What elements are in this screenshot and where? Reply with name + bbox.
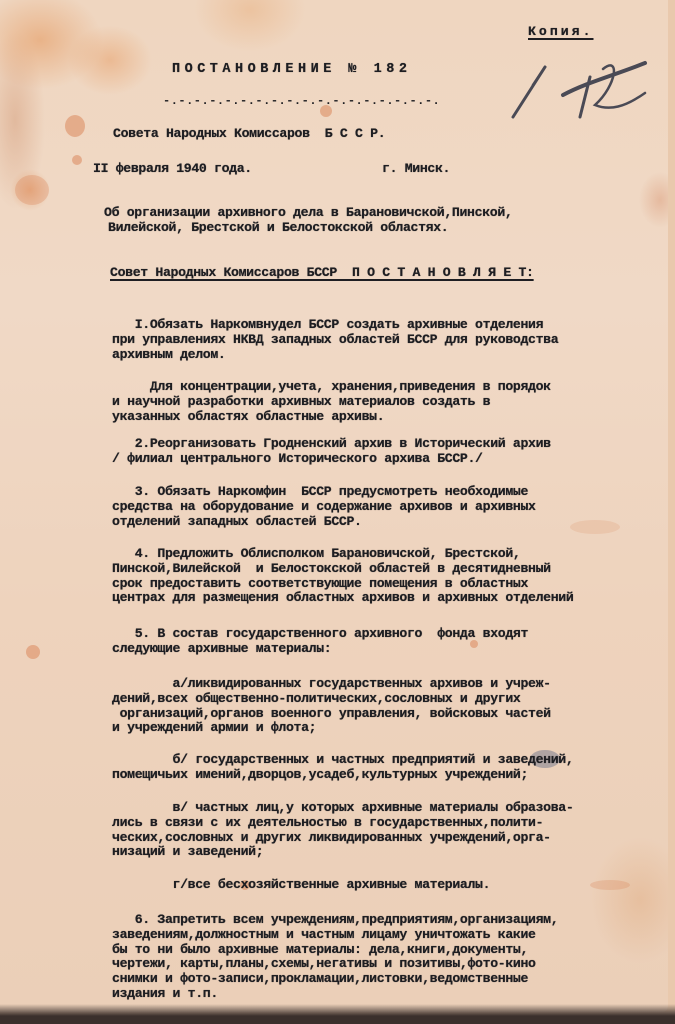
text-line: г/все бесхозяйственные архивные материал… <box>112 877 490 892</box>
text-line: 2.Реорганизовать Гродненский архив в Ист… <box>112 436 551 451</box>
text-line: заведениям,должностным и частным лицаму … <box>112 927 536 942</box>
text-line: а/ликвидированных государственных архиво… <box>112 676 551 691</box>
text-line: помещичьих имений,дворцов,усадеб,культур… <box>112 767 528 782</box>
text-line: дений,всех общественно-политических,сосл… <box>112 691 520 706</box>
text-line: следующие архивные материалы: <box>112 641 331 656</box>
text-line: б/ государственных и частных предприятий… <box>112 752 573 767</box>
text-line: бы то ни было архивные материалы: дела,к… <box>112 942 528 957</box>
text-line: Для концентрации,учета, хранения,приведе… <box>112 379 551 394</box>
title-underline: -.-.-.-.-.-.-.-.-.-.-.-.-.-.-.-.-.-. <box>163 94 440 108</box>
text-line: организаций,органов военного управления,… <box>112 706 551 721</box>
stain <box>65 115 85 137</box>
text-line: 5. В состав государственного архивного ф… <box>112 626 528 641</box>
text-line: центрах для размещения областных архивов… <box>112 590 573 605</box>
page-title: ПОСТАНОВЛЕНИЕ № 182 <box>172 62 411 77</box>
place: г. Минск. <box>382 161 450 176</box>
text-line: / филиал центрального Исторического архи… <box>112 451 483 466</box>
text-line: снимки и фото-записи,прокламации,листовк… <box>112 971 528 986</box>
text-line: издания и т.п. <box>112 986 218 1001</box>
text-line: архивным делом. <box>112 347 225 362</box>
text-line: срок предоставить соответствующие помеще… <box>112 576 528 591</box>
text-line: ческих,сословных и других ликвидированны… <box>112 830 551 845</box>
stain <box>26 645 40 659</box>
text-line: при управлениях НКВД западных областей Б… <box>112 332 558 347</box>
text-line: лись в связи с их деятельностью в госуда… <box>112 815 543 830</box>
date: II февраля 1940 года. <box>93 161 252 176</box>
torn-edge <box>0 1004 675 1024</box>
text-line: Пинской,Вилейской и Белостокской областе… <box>112 561 551 576</box>
stain <box>15 175 49 205</box>
stain <box>590 880 630 890</box>
text-line: 6. Запретить всем учреждениям,предприяти… <box>112 912 558 927</box>
text-line: 4. Предложить Облисполком Барановичской,… <box>112 546 520 561</box>
text-line: в/ частных лиц,у которых архивные матери… <box>112 800 573 815</box>
stain <box>570 520 620 534</box>
text-line: и научной разработки архивных материалов… <box>112 394 490 409</box>
text-line: указанных областях областные архивы. <box>112 409 384 424</box>
text-line: и учреждений армии и флота; <box>112 720 316 735</box>
text-line: 3. Обязать Наркомфин БССР предусмотреть … <box>112 484 528 499</box>
handwritten-number <box>505 55 655 125</box>
text-line: I.Обязать Наркомвнудел БССР создать архи… <box>112 317 543 332</box>
copy-mark: Копия. <box>528 24 593 39</box>
text-line: средства на оборудование и содержание ар… <box>112 499 536 514</box>
stain <box>72 155 82 165</box>
text-line: чертежи, карты,планы,схемы,негативы и по… <box>112 956 536 971</box>
text-line: отделений западных областей БССР. <box>112 514 362 529</box>
issuer: Совета Народных Комиссаров Б С С Р. <box>113 126 385 141</box>
subject-line: Вилейской, Брестской и Белостокской обла… <box>108 220 448 235</box>
text-line: низаций и заведений; <box>112 844 263 859</box>
stain <box>470 640 478 648</box>
subject-line: Об организации архивного дела в Баранови… <box>104 205 512 220</box>
resolves-heading: Совет Народных Комиссаров БССР П О С Т А… <box>110 265 534 280</box>
